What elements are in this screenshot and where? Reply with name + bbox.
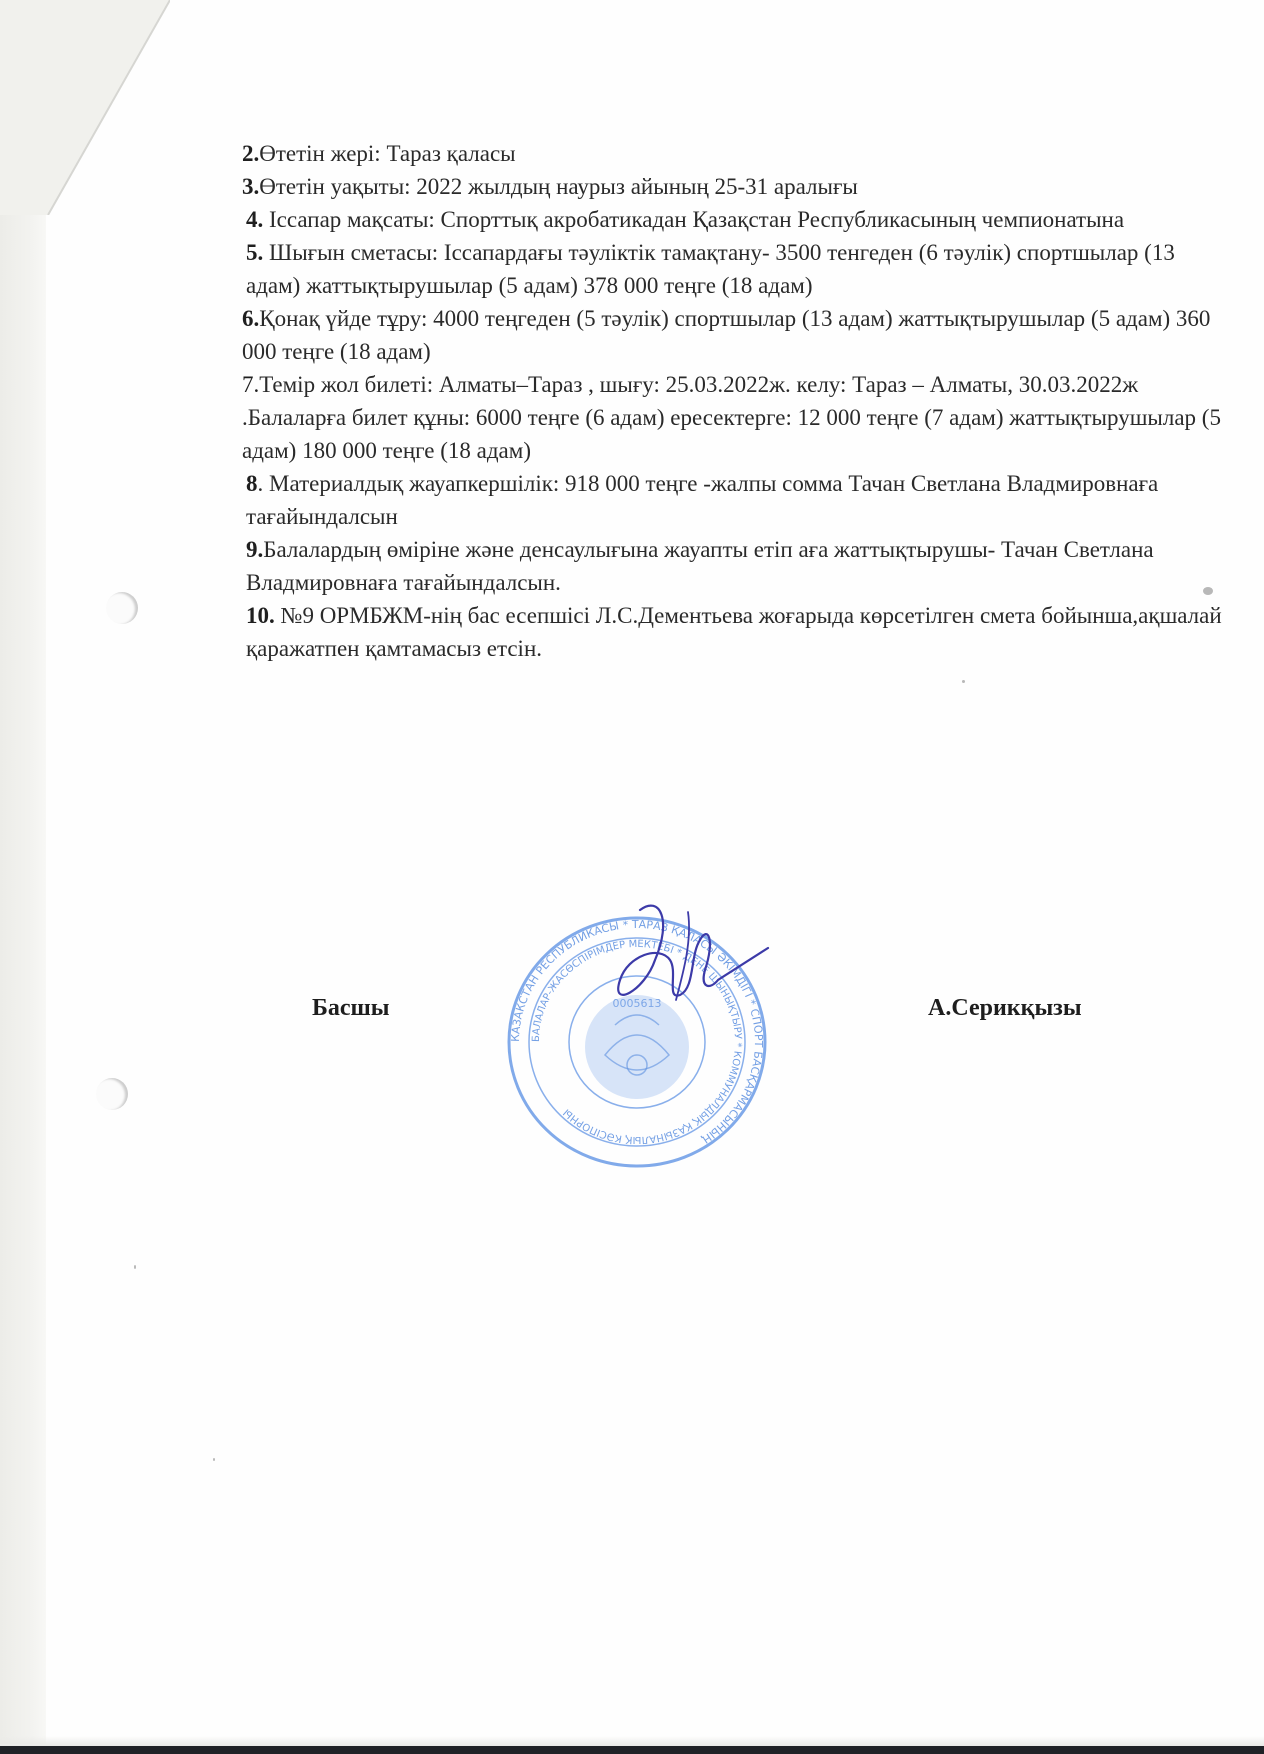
- item-3: 3.Өтетін уақыты: 2022 жылдың наурыз айын…: [242, 170, 1222, 203]
- document-body: 2.Өтетін жері: Тараз қаласы 3.Өтетін уақ…: [242, 137, 1222, 665]
- item-text: №9 ОРМБЖМ-нің бас есепшісі Л.С.Дементьев…: [246, 603, 1222, 661]
- item-7: 7.Темір жол билеті: Алматы–Тараз , шығу:…: [242, 368, 1222, 467]
- item-text: Темір жол билеті: Алматы–Тараз , шығу: 2…: [242, 372, 1221, 463]
- item-number: 6.: [242, 306, 259, 331]
- scan-bottom-edge: [0, 1736, 1264, 1746]
- punch-hole-top: [106, 592, 138, 624]
- item-text: Өтетін жері: Тараз қаласы: [259, 141, 515, 166]
- item-text: . Материалдық жауапкершілік: 918 000 тең…: [246, 471, 1158, 529]
- signatory-name: А.Серикқызы: [928, 995, 1082, 1022]
- item-9: 9.Балалардың өміріне және денсаулығына ж…: [242, 533, 1222, 599]
- item-text: Шығын сметасы: Іссапардағы тәуліктік там…: [246, 240, 1175, 298]
- item-text: Балалардың өміріне және денсаулығына жау…: [246, 537, 1154, 595]
- item-number: 2.: [242, 141, 259, 166]
- item-number: 4.: [246, 207, 263, 232]
- scan-speck: [213, 1458, 215, 1461]
- scan-left-margin: [0, 0, 46, 1744]
- item-5: 5. Шығын сметасы: Іссапардағы тәуліктік …: [242, 236, 1222, 302]
- punch-hole-bottom: [96, 1078, 128, 1110]
- signatory-title: Басшы: [312, 995, 390, 1022]
- item-number: 3.: [242, 174, 259, 199]
- item-8: 8. Материалдық жауапкершілік: 918 000 те…: [242, 467, 1222, 533]
- folded-corner: [0, 0, 170, 215]
- item-6: 6.Қонақ үйде тұру: 4000 теңгеден (5 тәул…: [242, 302, 1222, 368]
- item-text: Өтетін уақыты: 2022 жылдың наурыз айының…: [259, 174, 858, 199]
- item-number: 8: [246, 471, 258, 496]
- item-text: Іссапар мақсаты: Спорттық акробатикадан …: [263, 207, 1124, 232]
- item-10: 10. №9 ОРМБЖМ-нің бас есепшісі Л.С.Демен…: [242, 599, 1222, 665]
- item-text: Қонақ үйде тұру: 4000 теңгеден (5 тәулік…: [242, 306, 1210, 364]
- signature-block: Басшы А.Серикқызы: [0, 995, 1264, 1055]
- item-number: 9.: [246, 537, 263, 562]
- item-number: 7.: [242, 372, 259, 397]
- scanner-border: [0, 1746, 1264, 1754]
- scan-speck: [134, 1265, 136, 1269]
- item-4: 4. Іссапар мақсаты: Спорттық акробатикад…: [242, 203, 1222, 236]
- item-number: 5.: [246, 240, 263, 265]
- scan-speck: [962, 680, 965, 683]
- item-2: 2.Өтетін жері: Тараз қаласы: [242, 137, 1222, 170]
- item-number: 10.: [246, 603, 275, 628]
